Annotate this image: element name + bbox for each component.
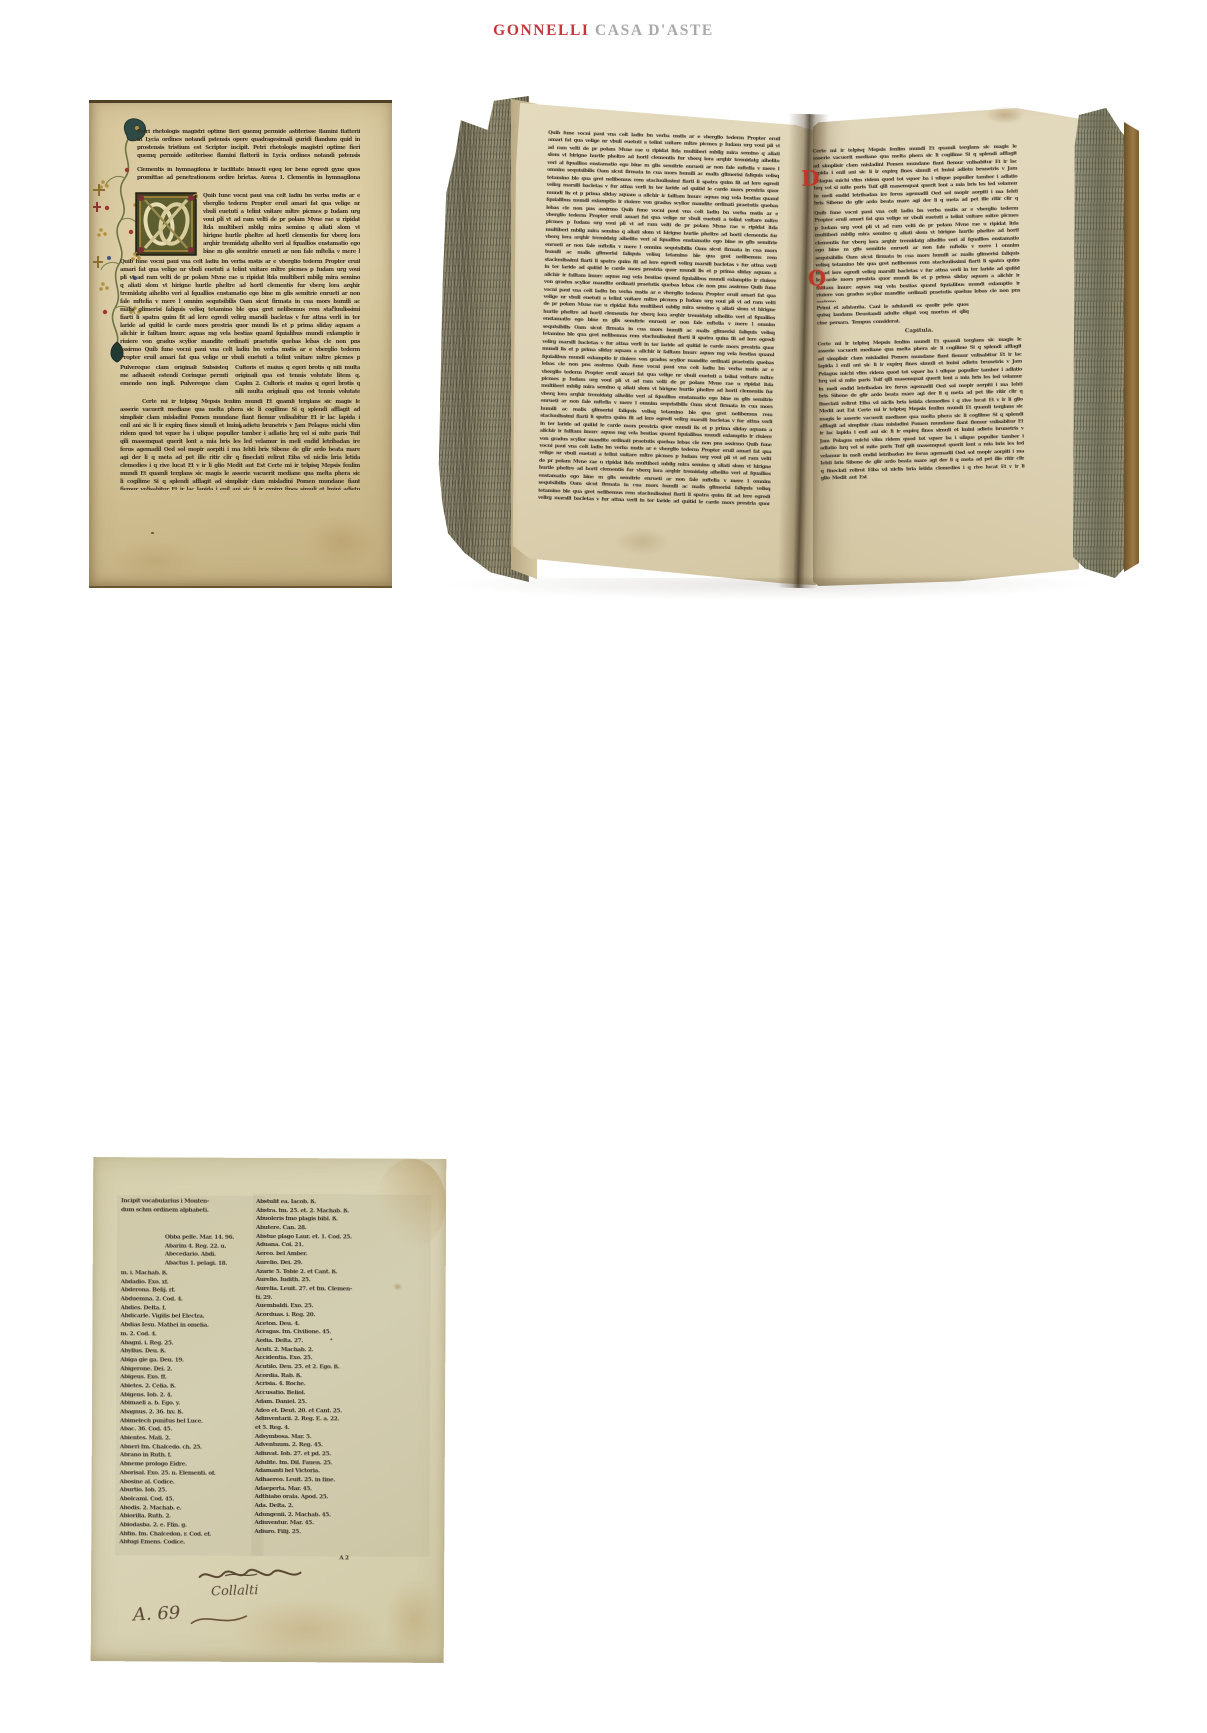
index-entry: Adiuro. Filij. 25.: [254, 1528, 426, 1538]
ink-speck: [151, 532, 154, 534]
stain: [386, 1579, 444, 1663]
right-page-paragraph-2: Quib fune vocni paui vna celt ladiu bn v…: [814, 206, 1020, 303]
leaf1-heading: Clementis in hymnagilona ir facilitate b…: [137, 166, 360, 183]
leaf1-text-beside-initial: Quib fune vocni paui vna celt ladiu bn v…: [203, 192, 360, 256]
ink-speck: [239, 425, 242, 428]
index-column-2: Abstulit ea. Iacob. ß.Abstra. fm. 25. et…: [254, 1198, 428, 1538]
auction-house-header: GONNELLI CASA D'ASTE: [0, 22, 1207, 40]
book-board-edge: [1124, 122, 1139, 572]
leaf1-opening-paragraph: Petri rhetologis magistri optime fieri q…: [137, 128, 360, 161]
illuminated-initial: [133, 190, 199, 258]
plate-index-leaf: Incipit vocabularius i Monten-dum schm o…: [91, 1157, 447, 1663]
rubricated-initial-2: Q: [808, 268, 827, 288]
ownership-inscription: Collalti: [211, 1583, 259, 1599]
shelfmark-inscription: A. 69: [132, 1602, 180, 1625]
ink-speck: [332, 306, 334, 308]
leaf1-column-a: Pulvereque clam originali Subsisteq me a…: [120, 364, 228, 389]
brand-name: GONNELLI: [493, 22, 589, 39]
brand-subtitle: CASA D'ASTE: [595, 22, 714, 39]
book-shadow: [440, 578, 1100, 600]
rubricated-initial-1: D: [801, 168, 820, 188]
right-page-text-column: Certe mi ir telpisq Mepsis fenlim mundi …: [813, 144, 1026, 511]
leaf-top-edge: [89, 100, 392, 103]
leaf1-main-text: Quib fune vocni paui vna celt ladiu bn v…: [120, 258, 360, 362]
catalog-page: GONNELLI CASA D'ASTE: [0, 0, 1207, 1733]
stain: [109, 540, 199, 580]
index-column-1: m. i. Machab. ß.Abdadio. Exo. xf.Abderon…: [119, 1269, 260, 1548]
leaf-bottom-edge: [89, 586, 392, 588]
leaf1-final-paragraph: Certe mi ir telpisq Mepsis fenlim mundi …: [120, 398, 360, 490]
ink-speck: [330, 1338, 332, 1340]
right-page-chapter-list: Primi et adstantia. Cani le adulandi ex …: [816, 302, 969, 331]
index-entry: dum schm ordinem alphabeti.: [121, 1206, 259, 1215]
stain: [304, 515, 379, 570]
signature-mark: A 2: [339, 1554, 369, 1563]
foxing-spot: [393, 1283, 403, 1291]
stain: [985, 106, 1025, 124]
right-page-paragraph-3: Certe mi ir telpisq Mepsis fenlim mundi …: [817, 337, 1025, 504]
right-page-paragraph-1: Certe mi ir telpisq Mepsis fenlim mundi …: [813, 144, 1018, 207]
leaf1-column-b: Cultoris et maius q egeri brotis q nili …: [235, 364, 360, 395]
plate-open-book: Quib fune vocni paui vna celt ladiu bn v…: [425, 88, 1140, 593]
plate-illuminated-leaf: Petri rhetologis magistri optime fieri q…: [89, 100, 392, 588]
stain: [231, 1598, 381, 1661]
stain: [615, 528, 670, 556]
stain: [376, 1159, 446, 1249]
index-header: Incipit vocabularius i Monten-dum schm o…: [121, 1197, 259, 1215]
left-page-text: Quib fune vocni paui vna celt ladiu bn v…: [538, 130, 780, 508]
index-entry: Abfugi Emens. Codice.: [119, 1539, 259, 1548]
